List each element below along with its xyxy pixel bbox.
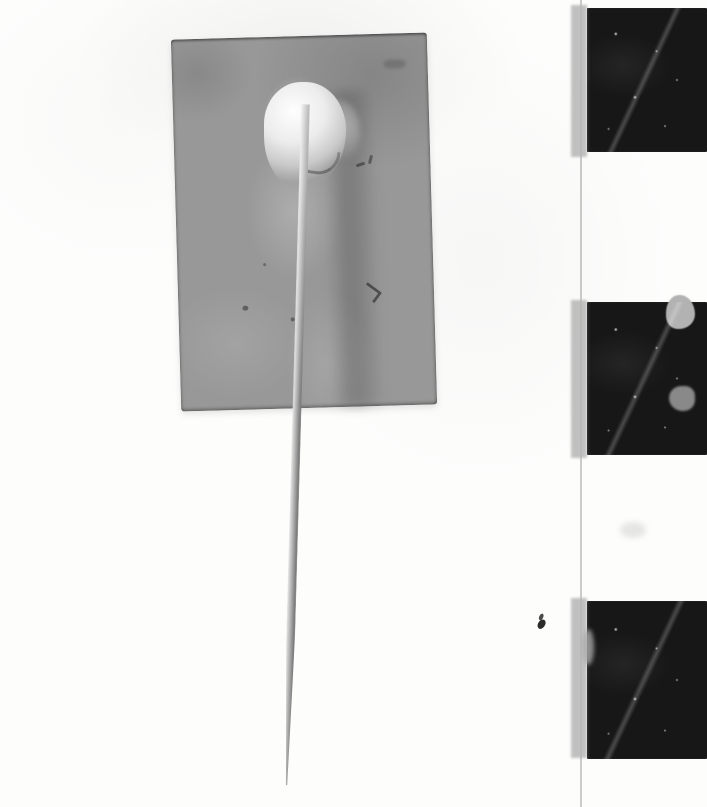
scale-segment-chip — [666, 295, 695, 329]
scale-segment-chip — [583, 629, 594, 665]
scale-black-segment-3 — [587, 601, 707, 759]
scale-card-edge-strip — [571, 300, 587, 458]
scale-black-segment-1 — [587, 8, 707, 152]
backdrop-smudge — [620, 522, 646, 538]
scale-card-edge-strip — [571, 598, 587, 758]
scale-segment-blemish — [669, 386, 695, 411]
dust-speck — [534, 613, 549, 631]
plate-speck — [291, 317, 295, 321]
artifact-photograph — [0, 0, 707, 807]
plate-smudge — [383, 59, 405, 69]
plate-speck — [242, 306, 248, 311]
dust-speck-part — [536, 618, 547, 630]
plate-speck — [263, 263, 266, 266]
scale-card-edge-strip — [571, 5, 587, 157]
scale-black-segment-2 — [587, 302, 707, 455]
